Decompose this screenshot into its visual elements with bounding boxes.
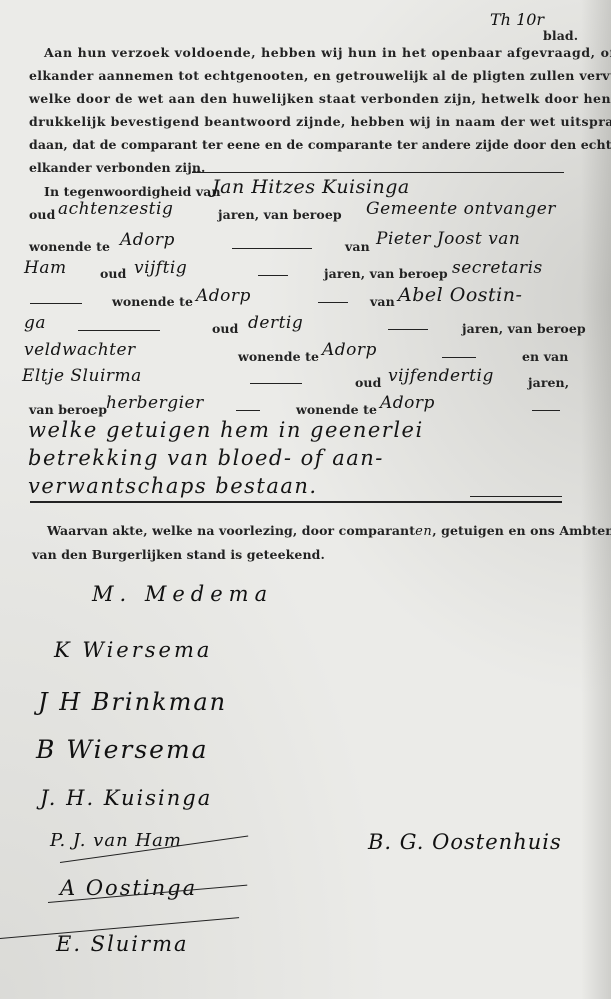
- witness-3-occupation: veldwachter: [24, 340, 136, 360]
- paragraph-line: daan, dat de comparant ter eene en de co…: [29, 137, 611, 152]
- oud-label: oud: [212, 321, 238, 336]
- fill-line: [30, 303, 82, 304]
- en-van-label: en van: [522, 349, 568, 364]
- blad-label: blad.: [543, 28, 578, 43]
- witness-4-residence: Adorp: [380, 393, 435, 413]
- fill-line: [232, 248, 312, 249]
- oud-label: oud: [355, 375, 381, 390]
- jaren-beroep-label: jaren, van beroep: [324, 266, 448, 281]
- folio-mark: Th 10r: [490, 10, 544, 29]
- oud-label: oud: [100, 266, 126, 281]
- witness-1-residence: Adorp: [120, 230, 175, 250]
- signature-bride: K Wiersema: [54, 638, 212, 662]
- paragraph-line: elkander aannemen tot echtgenooten, en g…: [29, 68, 611, 83]
- paragraph-line: elkander verbonden zijn.: [29, 160, 206, 175]
- paragraph-line: drukkelijk bevestigend beantwoord zijnde…: [29, 114, 611, 129]
- witness-2-occupation: secretaris: [452, 258, 543, 278]
- witness-2-age: vijftig: [134, 258, 187, 278]
- jaren-beroep-label: jaren, van beroep: [462, 321, 586, 336]
- fill-line: [250, 383, 302, 384]
- wonende-te-label: wonende te: [29, 239, 110, 254]
- document-page: Th 10r blad. Aan hun verzoek voldoende, …: [0, 0, 611, 999]
- van-label: van: [370, 294, 395, 309]
- van-label: van: [345, 239, 370, 254]
- witness-4-name: Eltje Sluirma: [22, 366, 142, 386]
- witness-3-name-part1: Abel Oostin-: [398, 284, 522, 306]
- closing-text-b: , getuigen en ons Ambtenaar: [432, 523, 611, 538]
- witness-2-name-part1: Pieter Joost van: [376, 229, 520, 249]
- witness-intro-label: In tegenwoordigheid van: [44, 184, 221, 199]
- closing-text-a: Waarvan akte, welke na voorlezing, door …: [47, 523, 415, 538]
- fill-line: [388, 329, 428, 330]
- fill-line: [192, 172, 564, 173]
- signature-registrar: B. G. Oostenhuis: [368, 830, 562, 854]
- witness-1-occupation: Gemeente ontvanger: [366, 199, 556, 219]
- fill-line: [532, 410, 560, 411]
- statement-line: betrekking van bloed- of aan-: [28, 446, 384, 470]
- statement-line: welke getuigen hem in geenerlei: [28, 418, 424, 442]
- jaren-beroep-label: jaren, van beroep: [218, 207, 342, 222]
- closing-insert: en: [415, 524, 432, 539]
- wonende-te-label: wonende te: [238, 349, 319, 364]
- wonende-te-label: wonende te: [112, 294, 193, 309]
- fill-line: [318, 302, 348, 303]
- witness-4-age: vijfendertig: [388, 366, 494, 386]
- witness-1-name: Jan Hitzes Kuisinga: [212, 176, 410, 198]
- signature-witness: B Wiersema: [36, 735, 209, 764]
- paragraph-line: Aan hun verzoek voldoende, hebben wij hu…: [44, 45, 611, 60]
- fill-line: [236, 410, 260, 411]
- closing-line-1: Waarvan akte, welke na voorlezing, door …: [47, 523, 611, 539]
- section-divider: [30, 501, 562, 503]
- paragraph-line: welke door de wet aan den huwelijken sta…: [29, 91, 611, 106]
- fill-line: [258, 275, 288, 276]
- witness-3-age: dertig: [248, 313, 303, 333]
- statement-line: verwantschaps bestaan.: [28, 474, 318, 498]
- fill-line: [470, 496, 562, 497]
- fill-line: [78, 330, 160, 331]
- witness-1-age: achtenzestig: [58, 199, 173, 219]
- witness-2-name-part2: Ham: [24, 258, 67, 278]
- signature-groom: M. Medema: [92, 582, 273, 606]
- fill-line: [442, 357, 476, 358]
- jaren-label: jaren,: [528, 375, 569, 390]
- oud-label: oud: [29, 207, 55, 222]
- van-beroep-label: van beroep: [29, 402, 107, 417]
- witness-3-name-part2: ga: [24, 313, 46, 333]
- signature-witness: J. H. Kuisinga: [40, 786, 212, 810]
- signature-witness: E. Sluirma: [56, 932, 189, 956]
- signature-witness: J H Brinkman: [38, 688, 227, 716]
- witness-3-residence: Adorp: [322, 340, 377, 360]
- closing-line-2: van den Burgerlijken stand is geteekend.: [32, 547, 325, 562]
- wonende-te-label: wonende te: [296, 402, 377, 417]
- signature-witness: A Oostinga: [60, 876, 197, 900]
- witness-4-occupation: herbergier: [106, 393, 204, 413]
- witness-2-residence: Adorp: [196, 286, 251, 306]
